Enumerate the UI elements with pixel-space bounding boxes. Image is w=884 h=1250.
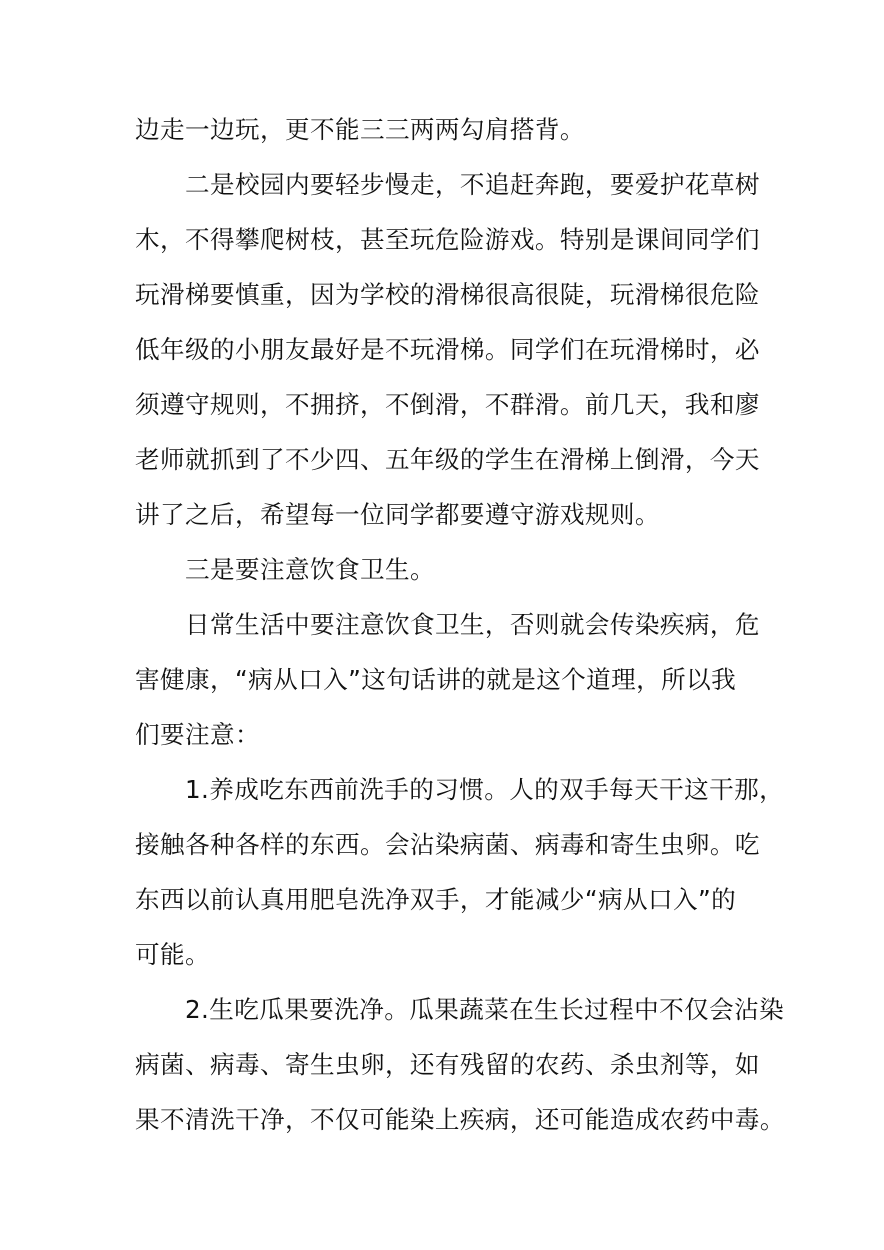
text-line: 东西以前认真用肥皂洗净双手，才能减少“病从口入”的 bbox=[135, 880, 736, 920]
text-line: 讲了之后，希望每一位同学都要遵守游戏规则。 bbox=[135, 495, 660, 535]
text-line: 果不清洗干净，不仅可能染上疾病，还可能造成农药中毒。 bbox=[135, 1100, 785, 1140]
list-item-1-line: 1.养成吃东西前洗手的习惯。人的双手每天干这干那， bbox=[185, 770, 784, 810]
text-line: 玩滑梯要慎重，因为学校的滑梯很高很陡，玩滑梯很危险 bbox=[135, 275, 760, 315]
section-heading-line: 三是要注意饮食卫生。 bbox=[185, 550, 435, 590]
list-item-2-line: 2.生吃瓜果要洗净。瓜果蔬菜在生长过程中不仅会沾染 bbox=[185, 990, 784, 1030]
text-line: 害健康，“病从口入”这句话讲的就是这个道理，所以我 bbox=[135, 660, 736, 700]
text-line: 们要注意： bbox=[135, 715, 260, 755]
text-line: 病菌、病毒、寄生虫卵，还有残留的农药、杀虫剂等，如 bbox=[135, 1045, 760, 1085]
text-line: 木，不得攀爬树枝，甚至玩危险游戏。特别是课间同学们 bbox=[135, 220, 760, 260]
text-line: 老师就抓到了不少四、五年级的学生在滑梯上倒滑，今天 bbox=[135, 440, 760, 480]
paragraph-start-line: 二是校园内要轻步慢走，不追赶奔跑，要爱护花草树 bbox=[185, 165, 760, 205]
text-line: 可能。 bbox=[135, 935, 210, 975]
text-line: 低年级的小朋友最好是不玩滑梯。同学们在玩滑梯时，必 bbox=[135, 330, 760, 370]
text-line: 须遵守规则，不拥挤，不倒滑，不群滑。前几天，我和廖 bbox=[135, 385, 760, 425]
text-line: 边走一边玩，更不能三三两两勾肩搭背。 bbox=[135, 110, 585, 150]
paragraph-start-line: 日常生活中要注意饮食卫生，否则就会传染疾病，危 bbox=[185, 605, 760, 645]
text-line: 接触各种各样的东西。会沾染病菌、病毒和寄生虫卵。吃 bbox=[135, 825, 760, 865]
